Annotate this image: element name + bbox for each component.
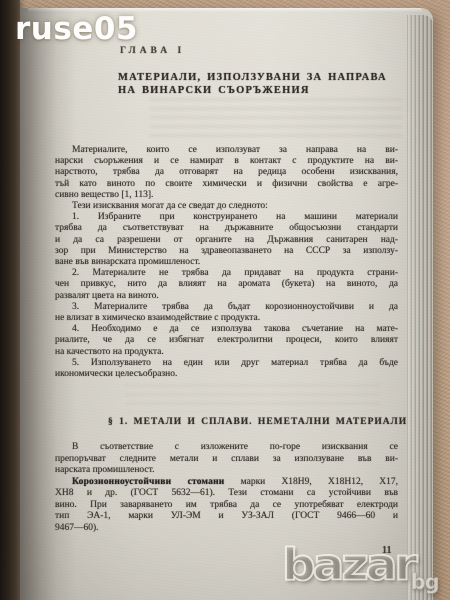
printed-text-line: на качеството на продукта. xyxy=(55,347,398,358)
printed-text-line: препоръчват следните метали и сплави за … xyxy=(55,454,398,466)
printed-text-line: 1. Избраните при конструирането на машин… xyxy=(55,212,398,223)
printed-text-line: тип ЭА-1, марки УЛ-ЭМ и УЗ-ЗАЛ (ГОСТ 946… xyxy=(55,511,398,523)
book-spine-edge xyxy=(0,0,20,600)
printed-text-line: икономически целесъобразно. xyxy=(55,369,398,380)
page-number: 11 xyxy=(382,545,391,556)
printed-text-line: Тези изисквания могат да се сведат до сл… xyxy=(55,201,398,212)
chapter-title-line2: НА ВИНАРСКИ СЪОРЪЖЕНИЯ xyxy=(118,84,387,97)
printed-text-line: чен привкус, нито да влияят на аромата (… xyxy=(55,279,398,290)
printed-text-line: нарството, трябва да отговарят на редица… xyxy=(55,167,398,178)
book-listing-photo: ГЛАВА I МАТЕРИАЛИ, ИЗПОЛЗУВАНИ ЗА НАПРАВ… xyxy=(0,0,450,600)
printed-text-line: тъй като виното по своите химически и фи… xyxy=(55,179,398,190)
printed-text-line: риалите, че да се избягнат електролитни … xyxy=(55,335,398,346)
printed-text-line: не влизат в химическо взаимодействие с п… xyxy=(55,313,398,324)
printed-text-line: нарската промишленост. xyxy=(55,465,398,477)
printed-text-line: и да са разрешени от органите на Държавн… xyxy=(55,235,398,246)
printed-text-line: Корозионноустойчиви стомани марки Х18Н9,… xyxy=(55,477,398,489)
chapter-title: МАТЕРИАЛИ, ИЗПОЛЗУВАНИ ЗА НАПРАВА НА ВИН… xyxy=(118,71,387,97)
chapter-label: ГЛАВА I xyxy=(120,46,185,56)
seller-watermark: ruse05 xyxy=(15,12,138,46)
printed-text-line: трябва да съответствуват на държавните о… xyxy=(55,223,398,234)
bazar-logo-tld: bg xyxy=(411,570,439,594)
chapter-title-line1: МАТЕРИАЛИ, ИЗПОЛЗУВАНИ ЗА НАПРАВА xyxy=(118,71,387,84)
printed-text-line: зор при Министерство на здравеопазването… xyxy=(55,246,398,257)
printed-text-line: 4. Необходимо е да се използува такова с… xyxy=(55,324,398,335)
printed-text-line: сивно вещество [1, 113]. xyxy=(55,190,398,201)
printed-text-line: ХН8 и др. (ГОСТ 5632—61). Тези стомани с… xyxy=(55,488,398,500)
printed-text-line: развалят цвета на виното. xyxy=(55,291,398,302)
bazar-logo-watermark: bazarbg xyxy=(282,548,443,587)
printed-text-line: ване във винарската промишленост. xyxy=(55,257,398,268)
bazar-logo-text: bazar xyxy=(282,548,415,583)
printed-text-line: 2. Материалите не трябва да придават на … xyxy=(55,268,398,279)
printed-text-line: 9467—60). xyxy=(55,523,398,535)
body-paragraphs-1: Материалите, които се използуват за напр… xyxy=(55,145,398,380)
section-heading: § 1. МЕТАЛИ И СПЛАВИ. НЕМЕТАЛНИ МАТЕРИАЛ… xyxy=(108,417,407,427)
printed-text-line: 3. Материалите трябва да бъдат корозионн… xyxy=(55,302,398,313)
printed-text-line: В съответствие с изложените по-горе изис… xyxy=(55,442,398,454)
body-paragraphs-2: В съответствие с изложените по-горе изис… xyxy=(55,442,398,534)
printed-text-line: 5. Използуването на един или друг матери… xyxy=(55,358,398,369)
page-stack-edge xyxy=(407,15,433,600)
printed-text-line: вино. При заваряването им трябва да се у… xyxy=(55,500,398,512)
printed-text-line: нарски съоръжения и се намират в контакт… xyxy=(55,156,398,167)
printed-text-line: Материалите, които се използуват за напр… xyxy=(55,145,398,156)
